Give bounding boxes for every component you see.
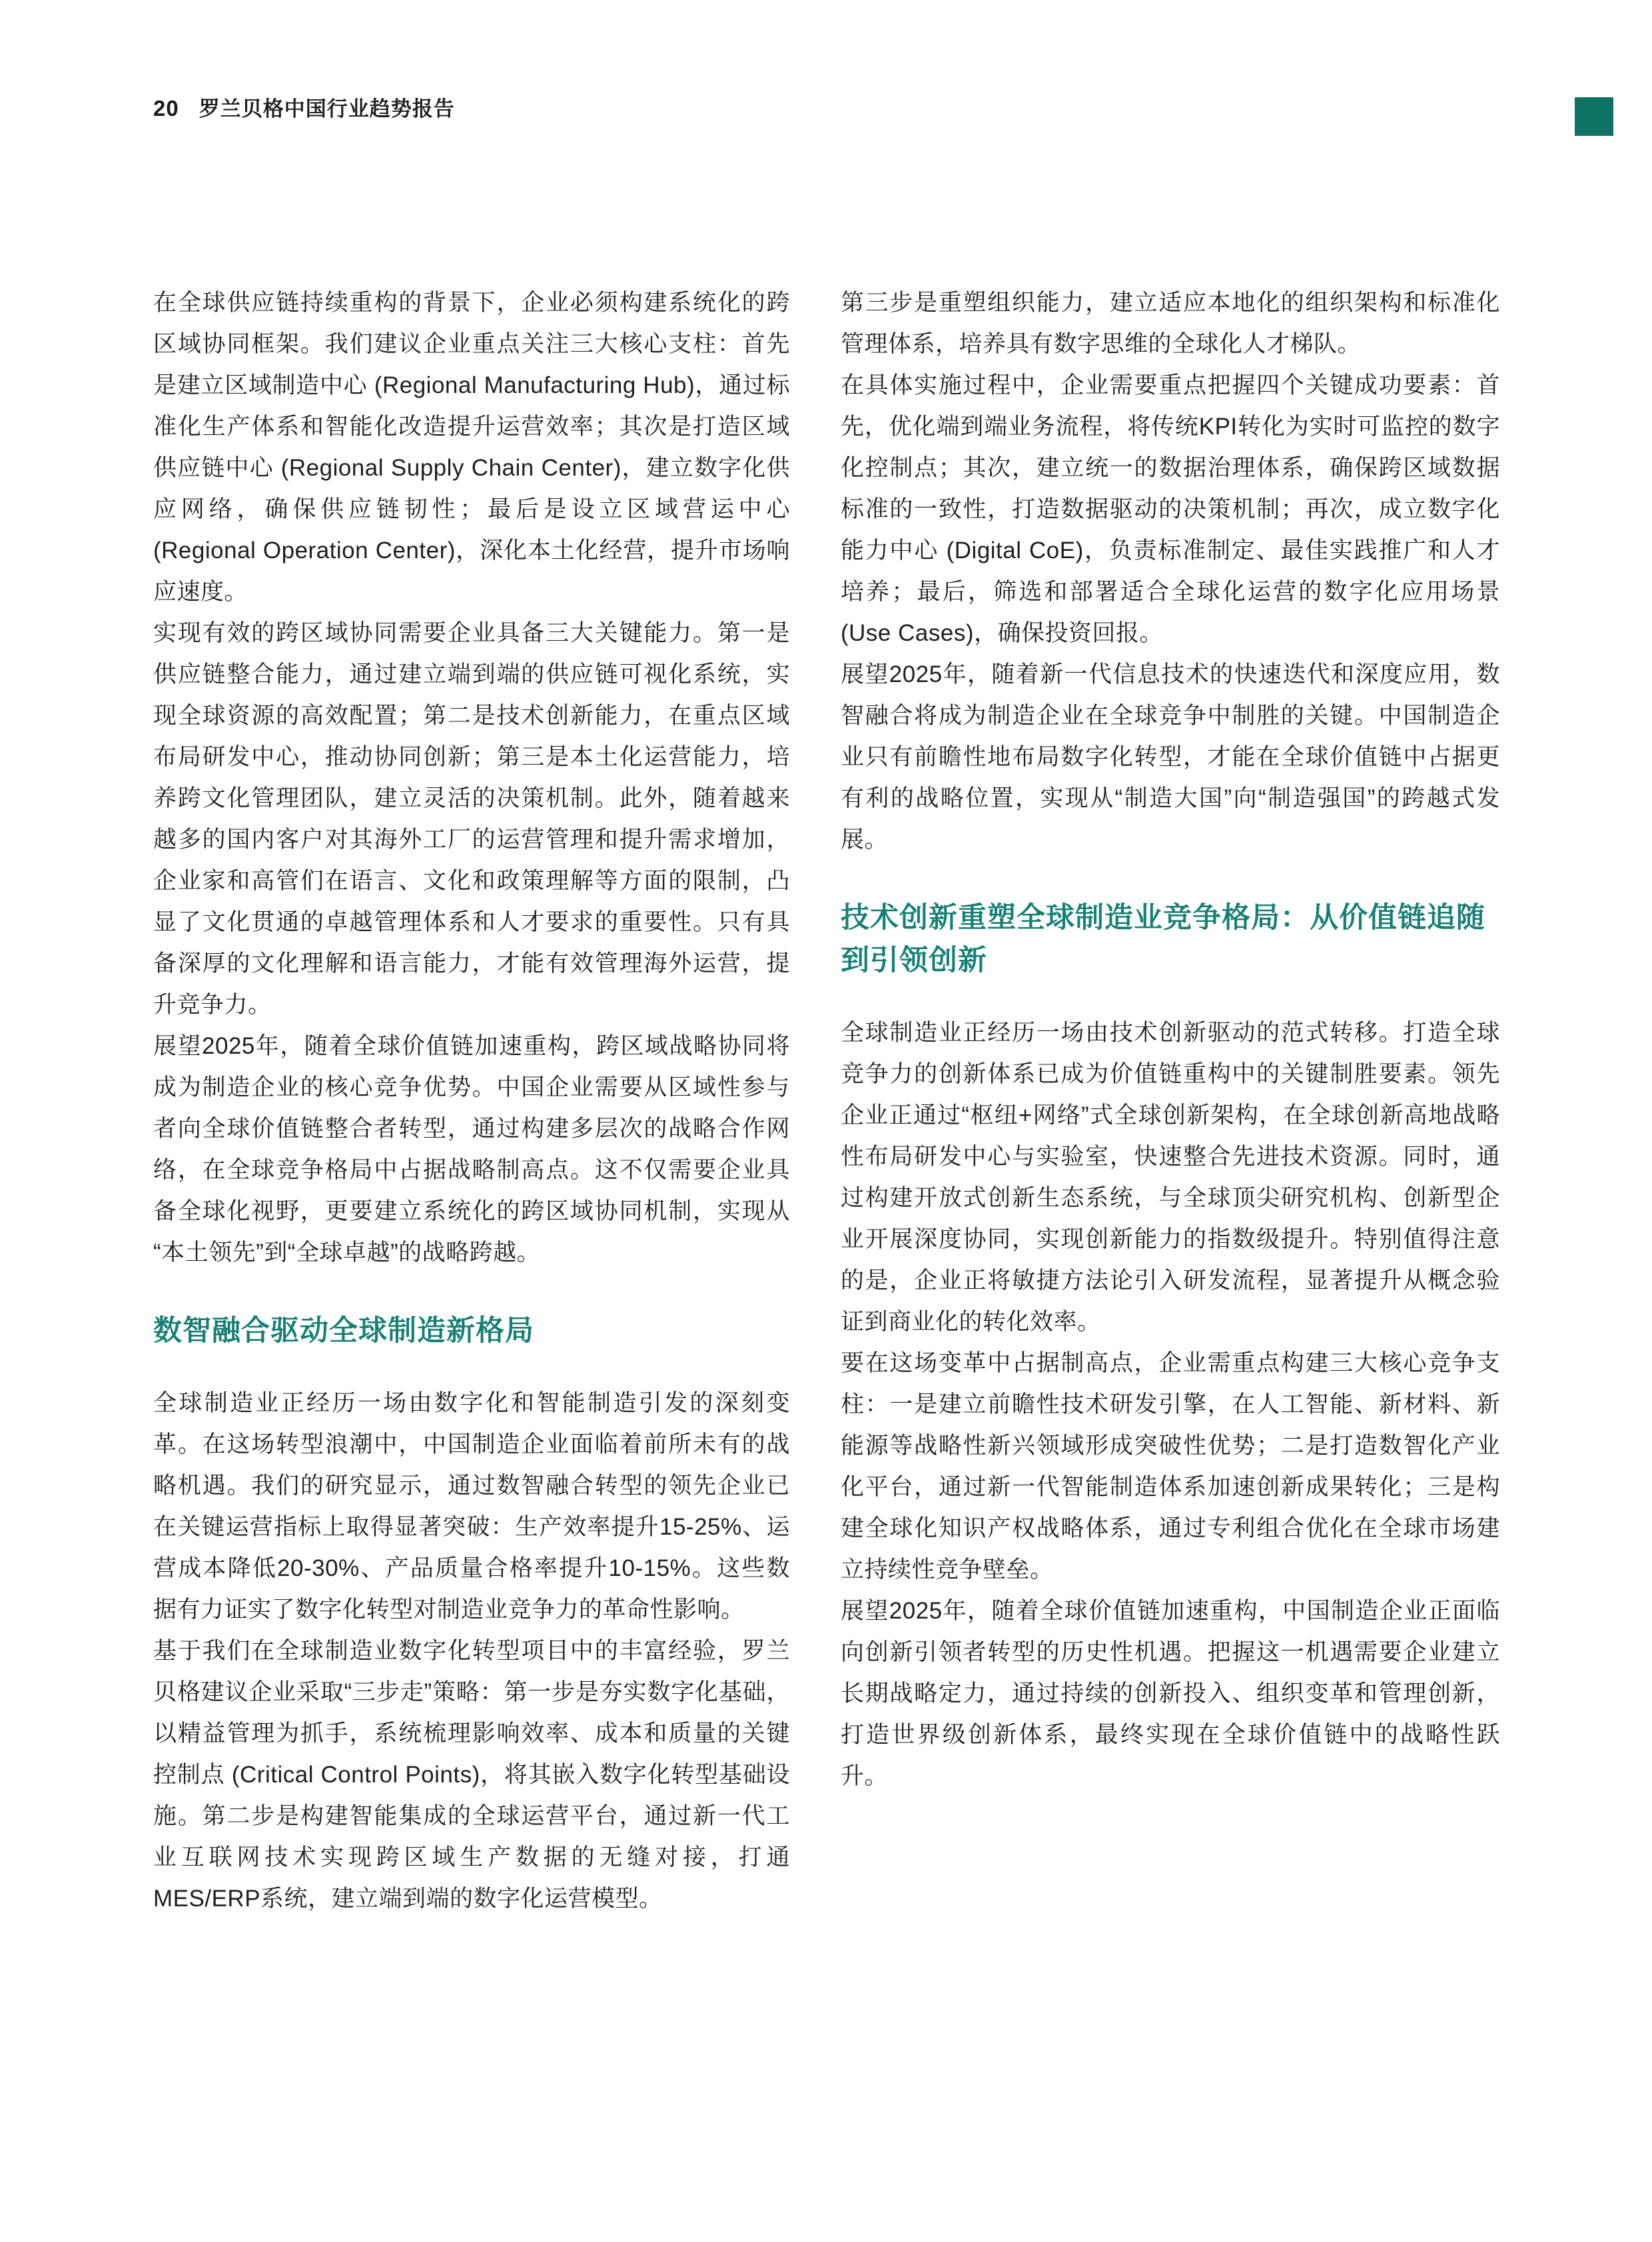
right-column: 第三步是重塑组织能力，建立适应本地化的组织架构和标准化管理体系，培养具有数字思维…	[841, 282, 1500, 1797]
paragraph: 展望2025年，随着新一代信息技术的快速迭代和深度应用，数智融合将成为制造企业在…	[841, 654, 1500, 861]
page-number: 20	[153, 96, 179, 121]
paragraph: 要在这场变革中占据制高点，企业需重点构建三大核心竞争支柱：一是建立前瞻性技术研发…	[841, 1343, 1500, 1591]
report-page: 20 罗兰贝格中国行业趋势报告 在全球供应链持续重构的背景下，企业必须构建系统化…	[0, 0, 1652, 2242]
paragraph: 在具体实施过程中，企业需要重点把握四个关键成功要素：首先，优化端到端业务流程，将…	[841, 365, 1500, 654]
paragraph: 全球制造业正经历一场由数字化和智能制造引发的深刻变革。在这场转型浪潮中，中国制造…	[153, 1383, 790, 1631]
page-header: 20 罗兰贝格中国行业趋势报告	[153, 92, 455, 122]
paragraph: 在全球供应链持续重构的背景下，企业必须构建系统化的跨区域协同框架。我们建议企业重…	[153, 282, 790, 613]
left-column: 在全球供应链持续重构的背景下，企业必须构建系统化的跨区域协同框架。我们建议企业重…	[153, 282, 790, 1920]
roland-berger-logo-square	[1575, 97, 1613, 136]
paragraph: 实现有效的跨区域协同需要企业具备三大关键能力。第一是供应链整合能力，通过建立端到…	[153, 613, 790, 1026]
paragraph: 展望2025年，随着全球价值链加速重构，中国制造企业正面临向创新引领者转型的历史…	[841, 1591, 1500, 1797]
paragraph: 第三步是重塑组织能力，建立适应本地化的组织架构和标准化管理体系，培养具有数字思维…	[841, 282, 1500, 365]
section-heading-tech-innovation: 技术创新重塑全球制造业竞争格局：从价值链追随到引领创新	[841, 897, 1500, 982]
paragraph: 基于我们在全球制造业数字化转型项目中的丰富经验，罗兰贝格建议企业采取“三步走”策…	[153, 1631, 790, 1920]
paragraph: 展望2025年，随着全球价值链加速重构，跨区域战略协同将成为制造企业的核心竞争优…	[153, 1026, 790, 1274]
paragraph: 全球制造业正经历一场由技术创新驱动的范式转移。打造全球竞争力的创新体系已成为价值…	[841, 1012, 1500, 1343]
report-title: 罗兰贝格中国行业趋势报告	[199, 92, 455, 122]
section-heading-digital-intelligence: 数智融合驱动全球制造新格局	[153, 1309, 790, 1352]
